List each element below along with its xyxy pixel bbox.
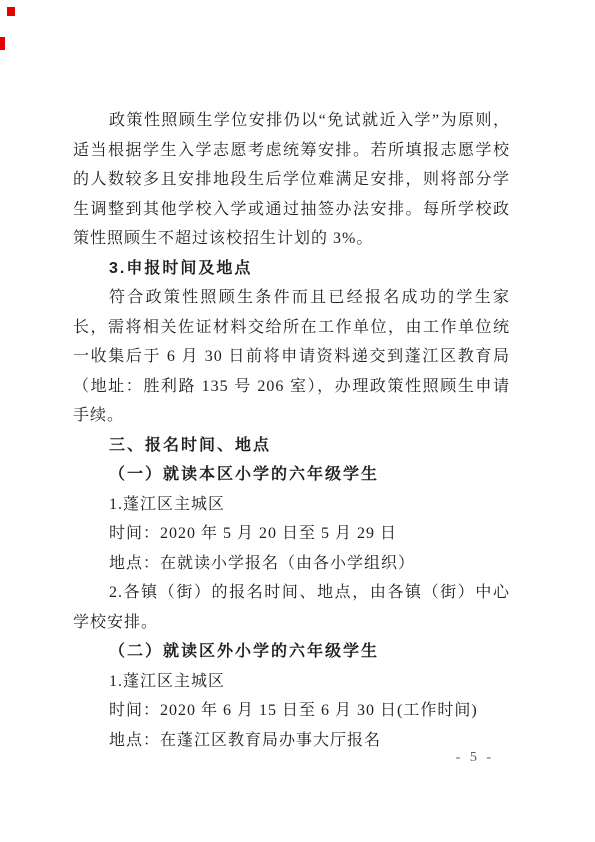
line-time-local: 时间：2020 年 5 月 20 日至 5 月 29 日 bbox=[73, 519, 510, 549]
paragraph-policy-quota: 政策性照顾生学位安排仍以“免试就近入学”为原则，适当根据学生入学志愿考虑统筹安排… bbox=[73, 106, 510, 254]
line-district-main-1: 1.蓬江区主城区 bbox=[73, 490, 510, 520]
document-body: 政策性照顾生学位安排仍以“免试就近入学”为原则，适当根据学生入学志愿考虑统筹安排… bbox=[73, 106, 510, 755]
red-annotation-tab bbox=[0, 37, 5, 50]
line-place-local: 地点：在就读小学报名（由各小学组织） bbox=[73, 549, 510, 579]
heading-sub-outside-sixth-graders: （二）就读区外小学的六年级学生 bbox=[73, 637, 510, 667]
heading-application-time-place: 3.申报时间及地点 bbox=[73, 254, 510, 284]
heading-section-registration: 三、报名时间、地点 bbox=[73, 431, 510, 461]
document-page: 政策性照顾生学位安排仍以“免试就近入学”为原则，适当根据学生入学志愿考虑统筹安排… bbox=[0, 0, 595, 842]
page-number: - 5 - bbox=[456, 750, 494, 766]
paragraph-towns-arrangement: 2.各镇（街）的报名时间、地点，由各镇（街）中心学校安排。 bbox=[73, 578, 510, 637]
paragraph-application-procedure: 符合政策性照顾生条件而且已经报名成功的学生家长，需将相关佐证材料交给所在工作单位… bbox=[73, 283, 510, 431]
heading-sub-local-sixth-graders: （一）就读本区小学的六年级学生 bbox=[73, 460, 510, 490]
line-place-outside: 地点：在蓬江区教育局办事大厅报名 bbox=[73, 726, 510, 756]
line-district-main-2: 1.蓬江区主城区 bbox=[73, 667, 510, 697]
red-annotation-square bbox=[7, 7, 15, 16]
line-time-outside: 时间：2020 年 6 月 15 日至 6 月 30 日(工作时间) bbox=[73, 696, 510, 726]
